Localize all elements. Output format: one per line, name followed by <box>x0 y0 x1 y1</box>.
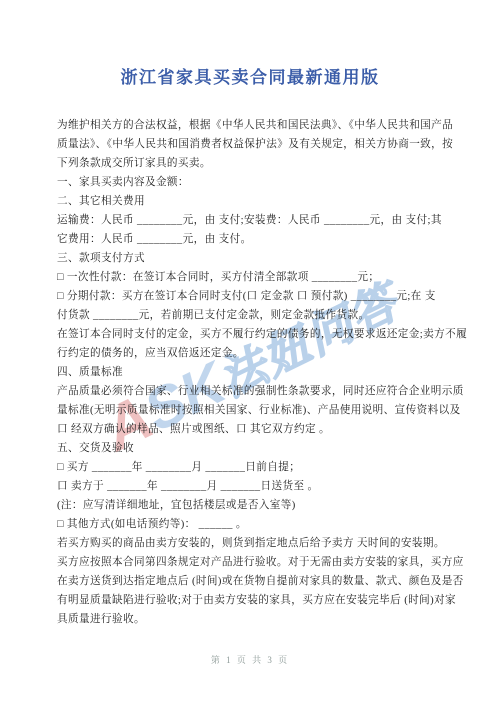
contract-line: 下列条款成交所订家具的买卖。 <box>57 154 454 173</box>
contract-line: 运输费：人民币 ________元，由 支付;安装费：人民币 ________元… <box>57 211 454 230</box>
contract-line: 具质量进行验收。 <box>57 610 454 629</box>
contract-line: □ 买方 _______年 ________月 _______日前自提； <box>57 458 454 477</box>
contract-line: 有明显质量缺陷进行验收;对于由卖方安装的家具，买方应在安装完毕后 (时间)对家 <box>57 591 454 610</box>
contract-line: 为维护相关方的合法权益，根据《中华人民共和国民法典》、《中华人民共和国产品 <box>57 116 454 135</box>
contract-line: 量标准(无明示质量标准时按照相关国家、行业标准)、产品使用说明、宣传资料以及 <box>57 401 454 420</box>
contract-line: 行约定的债务的，应当双倍返还定金。 <box>57 344 454 363</box>
contract-line: 口 经双方确认的样品、照片或图纸、口 其它双方约定 。 <box>57 420 454 439</box>
contract-line: □ 其他方式(如电话预约等)： ______ 。 <box>57 515 454 534</box>
contract-line: (注：应写清详细地址，宜包括楼层或是否入室等) <box>57 496 454 515</box>
contract-line: 口 卖方于 _______年 ________月 _______日送货至 。 <box>57 477 454 496</box>
page-footer: 第 1 页 共 3 页 <box>0 653 500 666</box>
contract-line: 三、款项支付方式 <box>57 249 454 268</box>
contract-line: 在签订本合同时支付的定金，买方不履行约定的债务的，无权要求返还定金;卖方不履 <box>57 325 454 344</box>
page-title: 浙江省家具买卖合同最新通用版 <box>0 0 500 90</box>
contract-line: 在卖方送货到达指定地点后 (时间)或在货物自提前对家具的数量、款式、颜色及是否 <box>57 572 454 591</box>
contract-line: 二、其它相关费用 <box>57 192 454 211</box>
contract-line: 若买方购买的商品由卖方安装的，则货到指定地点后给予卖方 天时间的安装期。 <box>57 534 454 553</box>
contract-line: □ 分期付款：买方在签订本合同时支付(口 定金款 口 预付款) ________… <box>57 287 454 306</box>
contract-line: 付货款 ________元，若前期已支付定金款，则定金款抵作货款。 <box>57 306 454 325</box>
contract-line: 产品质量必须符合国家、行业相关标准的强制性条款要求，同时还应符合企业明示质 <box>57 382 454 401</box>
contract-body: 为维护相关方的合法权益，根据《中华人民共和国民法典》、《中华人民共和国产品 质量… <box>57 116 454 629</box>
contract-line: 五、交货及验收 <box>57 439 454 458</box>
contract-line: 一、家具买卖内容及金额： <box>57 173 454 192</box>
contract-line: 四、质量标准 <box>57 363 454 382</box>
contract-line: 它费用：人民币 ________元，由 支付。 <box>57 230 454 249</box>
contract-line: 买方应按照本合同第四条规定对产品进行验收。对于无需由卖方安装的家具，买方应 <box>57 553 454 572</box>
contract-line: 质量法》、《中华人民共和国消费者权益保护法》及有关规定，相关方协商一致，按 <box>57 135 454 154</box>
contract-page: ASK法妞问答 浙江省家具买卖合同最新通用版 为维护相关方的合法权益，根据《中华… <box>0 0 500 706</box>
contract-line: □ 一次性付款：在签订本合同时，买方付清全部款项 ________元； <box>57 268 454 287</box>
